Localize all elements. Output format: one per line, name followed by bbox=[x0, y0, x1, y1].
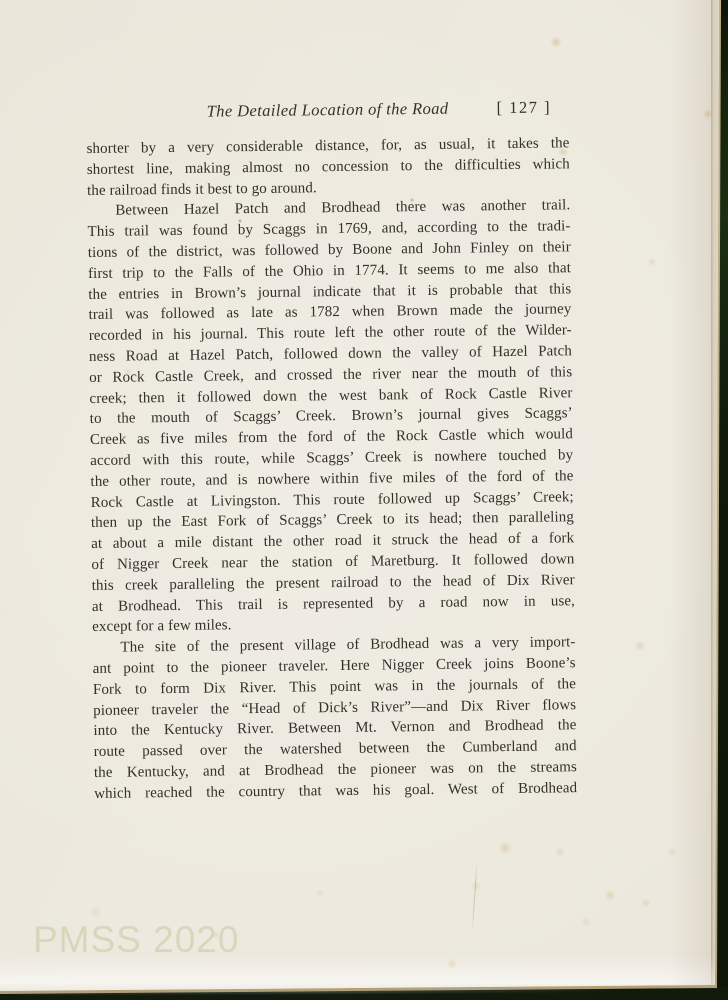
printed-text-block: The Detailed Location of the Road [ 127 … bbox=[86, 97, 577, 804]
running-header: The Detailed Location of the Road [ 127 … bbox=[86, 97, 569, 124]
page-number: [ 127 ] bbox=[496, 97, 551, 118]
scanned-book-page: The Detailed Location of the Road [ 127 … bbox=[0, 0, 728, 1000]
archive-watermark: PMSS 2020 bbox=[33, 921, 239, 958]
body-text: shorter by a very considerable distance,… bbox=[86, 133, 577, 804]
book-page: The Detailed Location of the Road [ 127 … bbox=[0, 0, 728, 1000]
